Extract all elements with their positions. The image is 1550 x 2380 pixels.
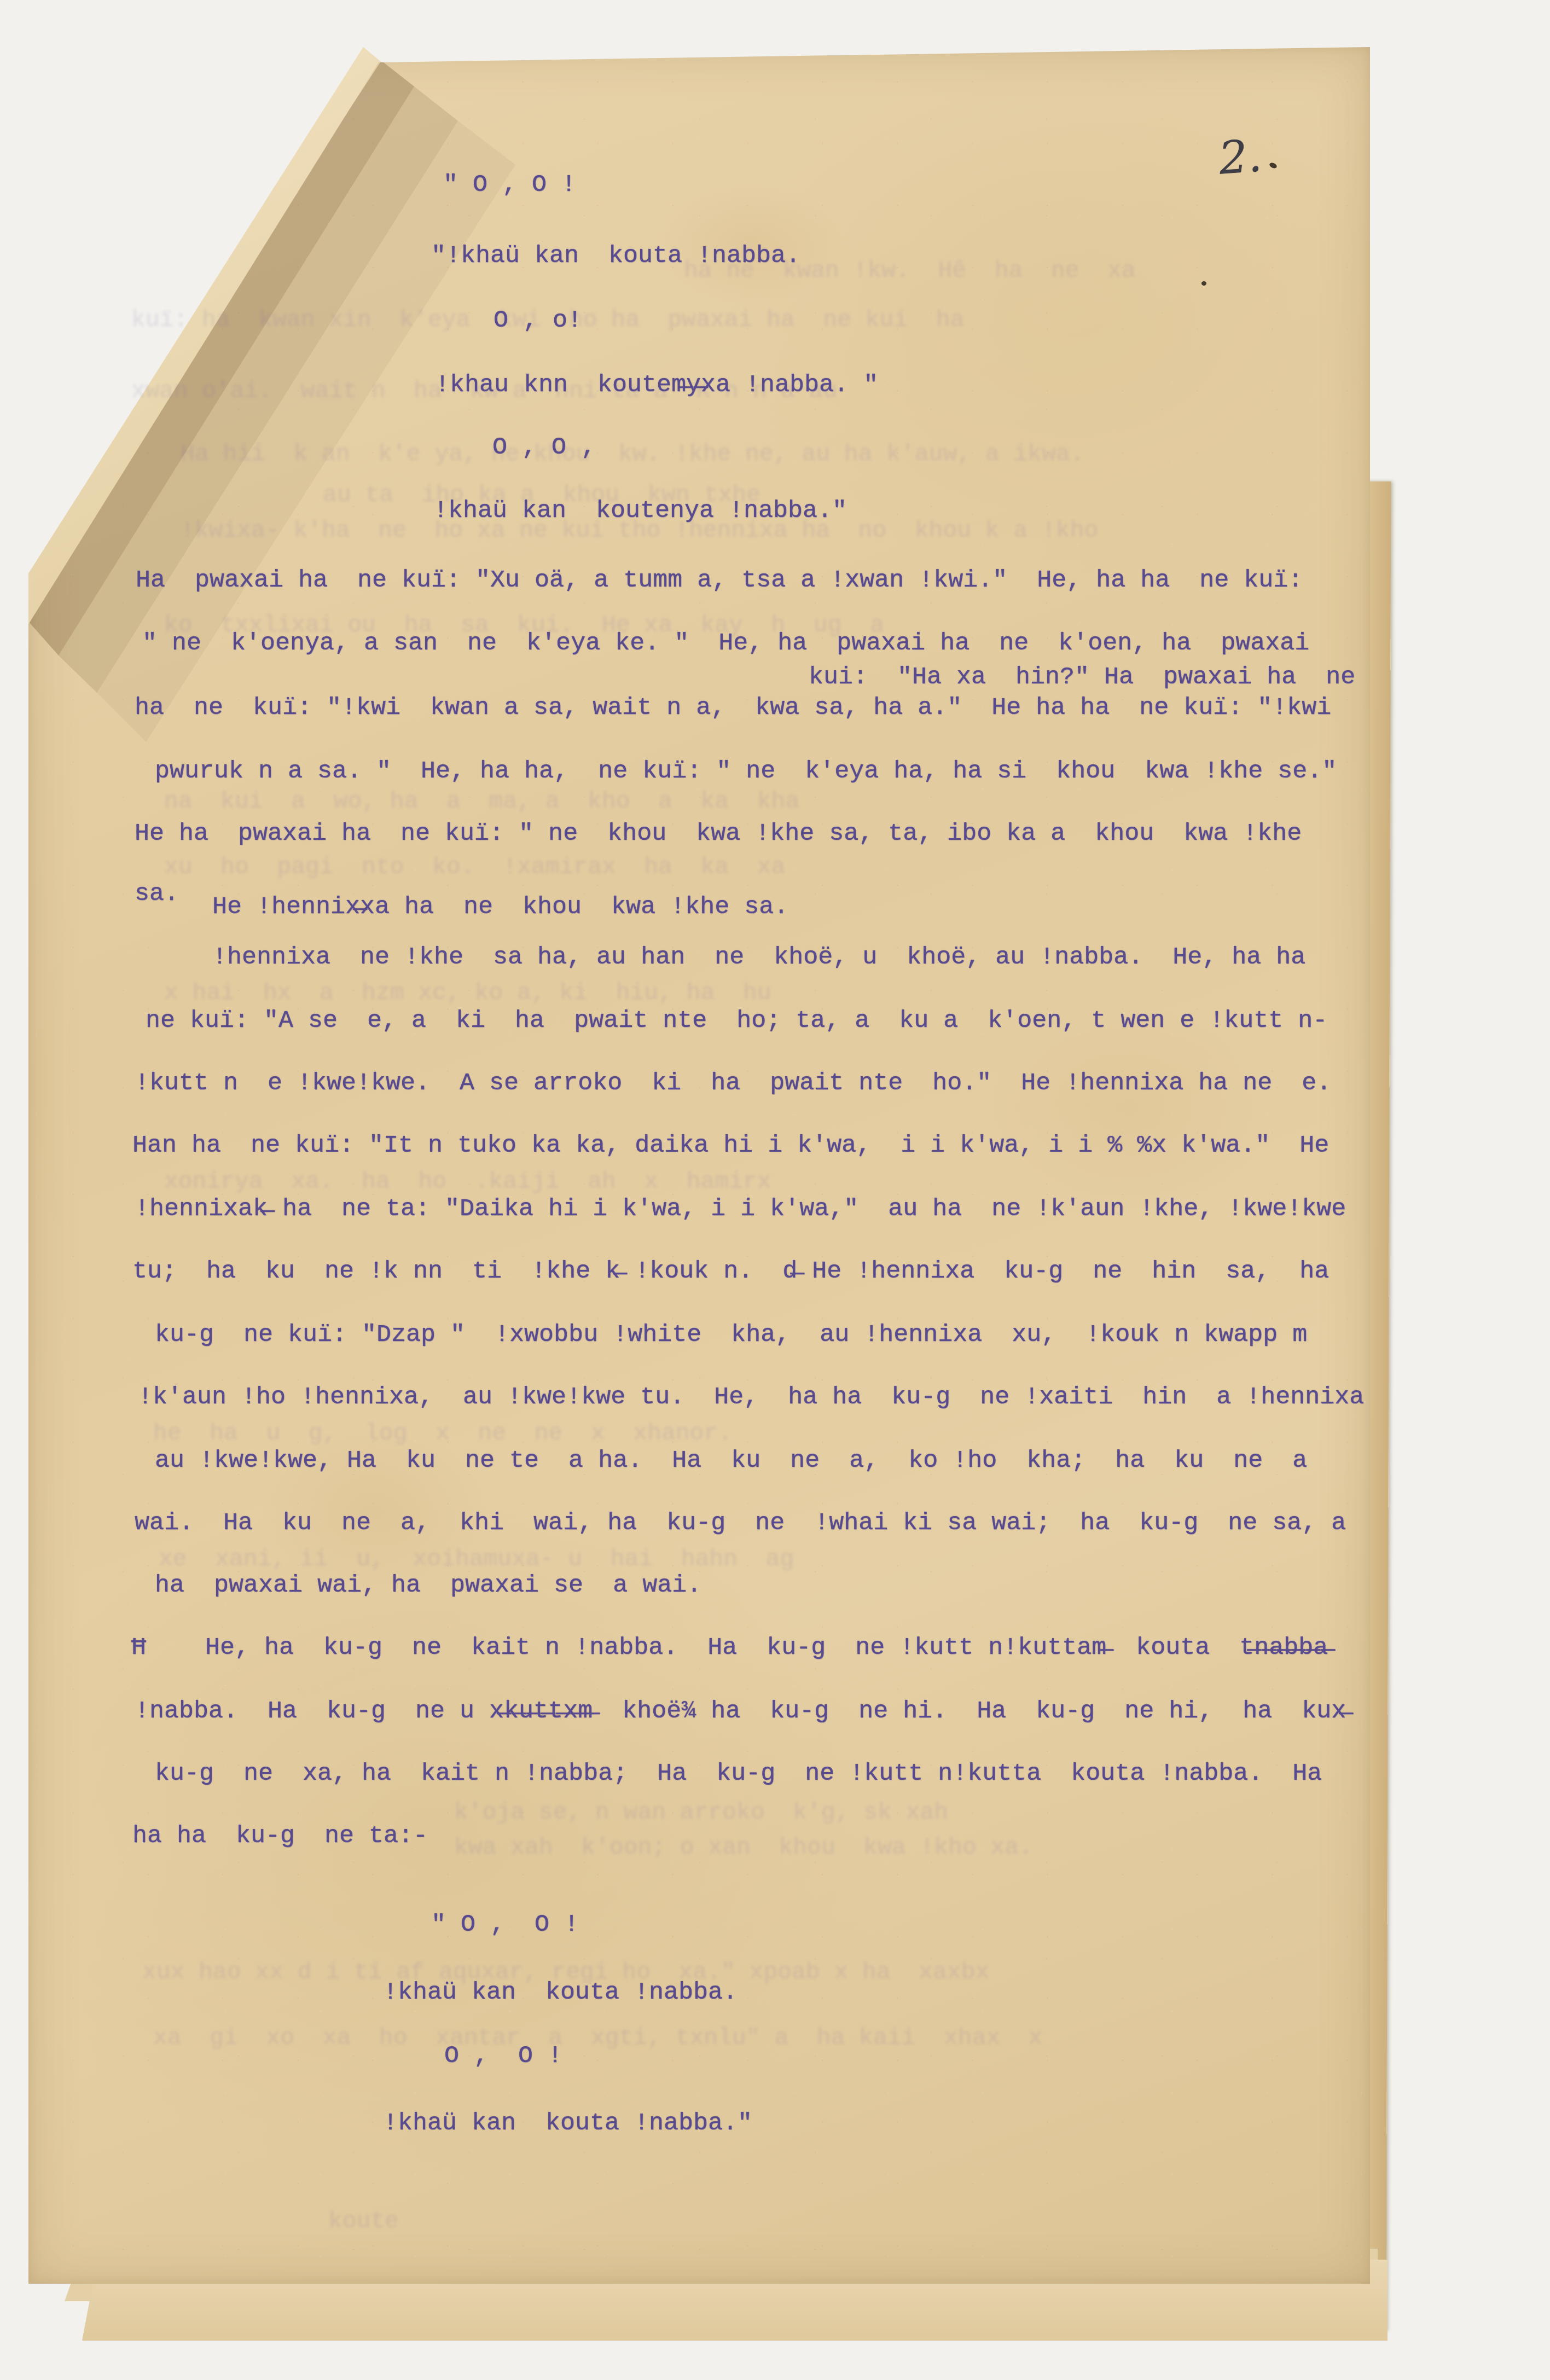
- verse-line: O , o!: [494, 306, 582, 335]
- scanned-document: ha ne kwan !kw. Hê ha ne xa kuï: ha kwan…: [0, 0, 1550, 2380]
- body-line: sa.: [135, 880, 179, 908]
- body-line: !nabba. Ha ku-g ne u x̶k̶u̶t̶t̶x̶m̶ khoë…: [135, 1697, 1346, 1726]
- typed-text-layer: " O , O ! "!khaü kan kouta !nabba. O , o…: [0, 0, 1550, 2380]
- interlinear-insert: kui: "Ha xa hin?" Ha pwaxai ha ne: [809, 663, 1355, 692]
- verse-line: !khaü kan koutenya !nabba.": [433, 497, 847, 525]
- body-line: !kutt n e !kwe!kwe. A se arroko ki ha pw…: [135, 1069, 1331, 1098]
- body-line: ku-g ne xa, ha kait n !nabba; Ha ku-g ne…: [155, 1760, 1322, 1788]
- body-line: !hennixa ne !khe sa ha, au han ne khoë, …: [212, 943, 1305, 972]
- verse-line: !khau knn koutem̶y̶xa !nabba. ": [435, 371, 878, 399]
- handwritten-page-number: 2.: [1217, 130, 1264, 184]
- body-line: pwuruk n a sa. " He, ha ha, ne kuï: " ne…: [155, 757, 1337, 786]
- body-line: ku-g ne kuï: "Dzap " !xwobbu !white kha,…: [155, 1321, 1307, 1349]
- body-line: !k'aun !ho !hennixa, au !kwe!kwe tu. He,…: [138, 1383, 1364, 1412]
- verse-line: !khaü kan kouta !nabba.: [383, 1978, 738, 2007]
- body-line: Han ha ne kuï: "It n tuko ka ka, daika h…: [132, 1131, 1329, 1160]
- verse-line: " O , O !: [431, 1911, 579, 1939]
- verse-line: !khaü kan kouta !nabba.": [383, 2109, 752, 2138]
- body-line: ha ne kuï: "!kwi kwan a sa, wait n a, kw…: [135, 694, 1331, 722]
- verse-line: O , O !: [444, 2042, 562, 2070]
- body-line: Ħ He, ha ku-g ne kait n !nabba. Ha ku-g …: [131, 1634, 1328, 1662]
- body-line: He ha pwaxai ha ne kuï: " ne khou kwa !k…: [135, 820, 1302, 848]
- body-line: ha ha ku-g ne ta:-: [132, 1822, 428, 1850]
- body-line: Ha pwaxai ha ne kuï: "Xu oä, a tumm a, t…: [136, 566, 1303, 595]
- verse-line: " O , O !: [443, 171, 576, 199]
- body-line: " ne k'oenya, a san ne k'eya ke. " He, h…: [142, 629, 1309, 658]
- body-line: tu; ha ku ne !k nn ti !khe k̶ !kouk n. d…: [132, 1257, 1329, 1286]
- body-line: wai. Ha ku ne a, khi wai, ha ku-g ne !wh…: [135, 1509, 1346, 1537]
- body-line: au !kwe!kwe, Ha ku ne te a ha. Ha ku ne …: [155, 1447, 1307, 1475]
- verse-line: "!khaü kan kouta !nabba.: [431, 242, 800, 270]
- body-line: !hennixak̶ ha ne ta: "Daika hi i k'wa, i…: [135, 1195, 1346, 1223]
- body-line: ne kuï: "A se e, a ki ha pwait nte ho; t…: [146, 1007, 1327, 1035]
- verse-line: O , O ,: [492, 433, 596, 462]
- body-line: ha pwaxai wai, ha pwaxai se a wai.: [155, 1571, 701, 1600]
- interlinear-insert: He !hennix̶xa ha ne khou kwa !khe sa.: [212, 893, 788, 921]
